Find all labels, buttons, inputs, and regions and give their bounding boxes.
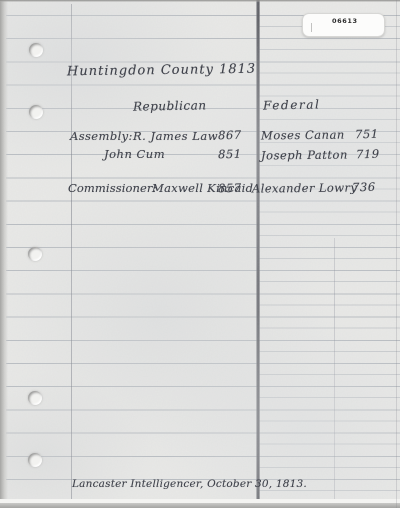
- margin-line: [71, 4, 72, 508]
- column-header-republican: Republican: [133, 98, 207, 113]
- candidate-name: Alexander Lowry: [252, 180, 357, 195]
- candidate-name: R. James Law: [133, 129, 218, 143]
- column-header-federal: Federal: [263, 97, 321, 112]
- vote-count: 851: [218, 147, 242, 161]
- paper-crease-line: [334, 238, 335, 508]
- catalog-sticker: 06613: [302, 13, 385, 37]
- office-label: Commissioner:: [68, 181, 157, 195]
- ruled-lines: [6, 15, 400, 504]
- vote-count: 719: [356, 147, 380, 161]
- punch-hole: [28, 391, 42, 405]
- vote-count: 857: [218, 181, 242, 195]
- scanned-document-page: 06613 Huntingdon County 1813 Republican …: [0, 0, 400, 508]
- office-label: Assembly:: [70, 129, 133, 143]
- candidate-name: Joseph Patton: [261, 148, 348, 163]
- document-heading: Huntingdon County 1813: [67, 62, 256, 80]
- punch-hole: [28, 247, 42, 261]
- sticker-crease: [311, 23, 312, 32]
- punch-hole: [28, 453, 42, 467]
- page-bottom-shadow: [0, 503, 400, 508]
- punch-hole: [29, 43, 43, 57]
- candidate-name: Moses Canan: [261, 128, 345, 143]
- page-top-edge-line: [0, 0, 400, 2]
- vote-count: 867: [218, 128, 242, 142]
- vote-count: 751: [355, 127, 379, 141]
- source-citation: Lancaster Intelligencer, October 30, 181…: [72, 478, 307, 490]
- candidate-name: John Cum: [104, 147, 165, 161]
- punch-hole: [29, 105, 43, 119]
- page-overlap-edge-line: [256, 0, 260, 508]
- vote-count: 736: [352, 180, 376, 194]
- catalog-number: 06613: [332, 17, 358, 25]
- page-left-edge-shadow: [0, 0, 8, 508]
- page-right-edge-line: [396, 0, 397, 508]
